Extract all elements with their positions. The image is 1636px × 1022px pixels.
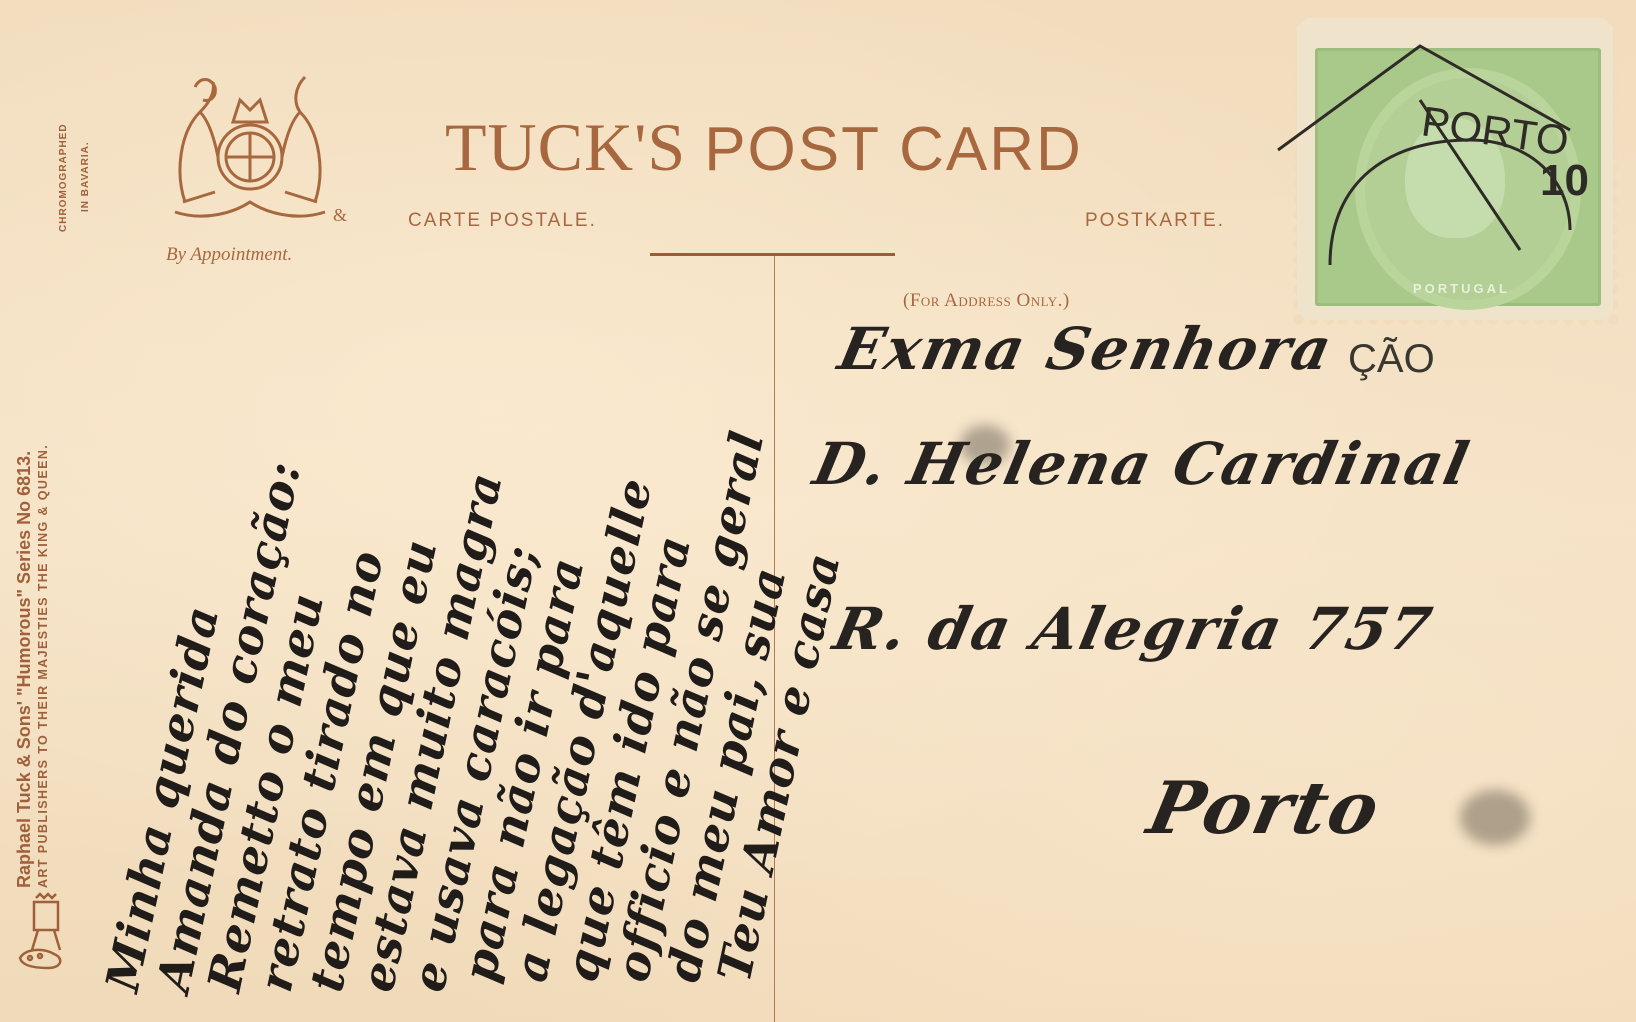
address-line-4: Porto — [1141, 765, 1389, 850]
ampersand-mark: & — [333, 205, 347, 226]
by-appointment-text: By Appointment. — [166, 244, 292, 266]
ink-smudge — [960, 425, 1010, 465]
stamp-value: 10 — [1540, 156, 1589, 206]
postkarte-label: POSTKARTE. — [1085, 210, 1225, 232]
ink-smudge — [1460, 790, 1530, 845]
for-address-only-label: (For Address Only.) — [903, 290, 1070, 312]
stamp-face: 10 PORTUGAL — [1315, 48, 1601, 306]
title-post-card: POST CARD — [704, 115, 1083, 184]
publisher-text: ART PUBLISHERS TO THEIR MAJESTIES THE KI… — [36, 444, 50, 888]
address-line-1: Exma Senhora — [833, 315, 1339, 383]
royal-coat-of-arms-icon — [155, 62, 345, 232]
card-title: TUCK'S POST CARD — [445, 108, 1083, 187]
address-line-3: R. da Alegria 757 — [828, 595, 1439, 663]
header-rule — [650, 253, 895, 256]
series-text: Raphael Tuck & Sons' "Humorous" Series N… — [14, 451, 35, 888]
carte-postale-label: CARTE POSTALE. — [408, 210, 597, 232]
postcard: & By Appointment. TUCK'S POST CARD CARTE… — [0, 0, 1636, 1022]
postage-stamp: 10 PORTUGAL — [1297, 18, 1613, 320]
postmark-partial-text: ÇÃO — [1348, 337, 1435, 382]
address-line-2: D. Helena Cardinal — [808, 430, 1476, 498]
title-tucks: TUCK'S — [445, 109, 686, 185]
in-bavaria-text: IN BAVARIA. — [80, 141, 91, 212]
king-portrait-icon — [1405, 118, 1505, 238]
chromographed-text: CHROMOGRAPHED — [58, 123, 69, 232]
stamp-country: PORTUGAL — [1413, 281, 1510, 296]
easel-palette-trademark-icon — [14, 892, 74, 972]
